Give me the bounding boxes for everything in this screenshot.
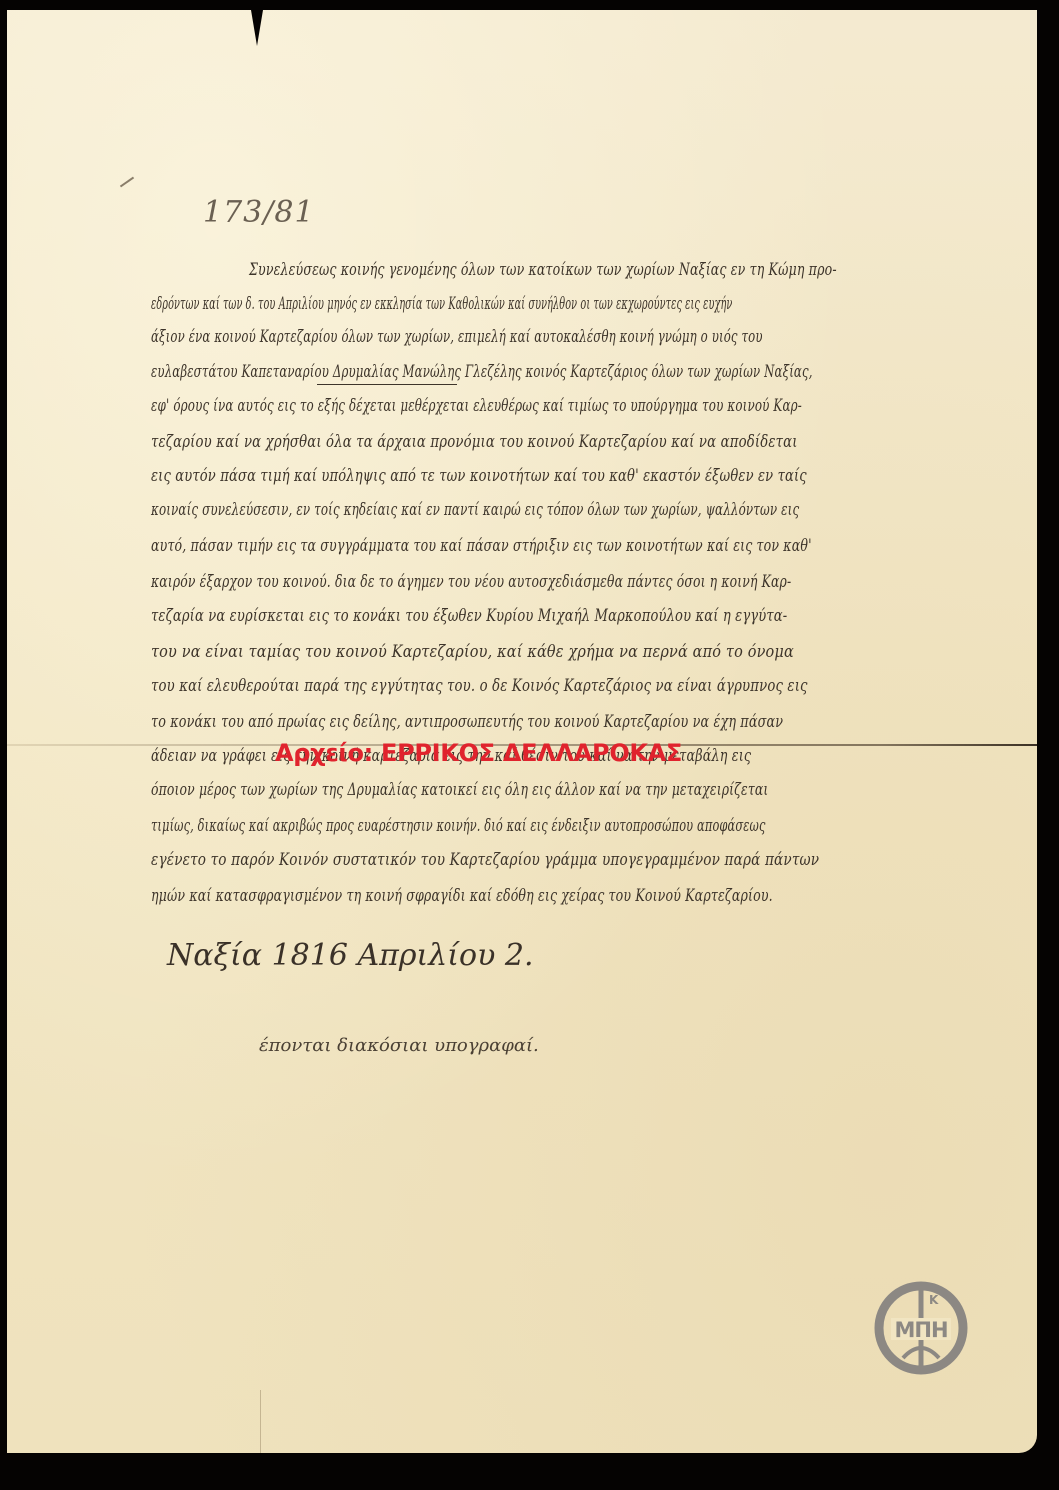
paper-tear bbox=[251, 10, 263, 46]
text-line: ημών καί κατασφραγισμένον τη κοινή σφραγ… bbox=[151, 886, 773, 906]
text-line: ευλαβεστάτου Καπεταναρίου Δρυμαλίας Μανώ… bbox=[151, 362, 813, 382]
text-line: εδρόντων καί των δ. του Απριλίου μηνός ε… bbox=[151, 294, 732, 314]
text-line: όποιον μέρος των χωρίων της Δρυμαλίας κα… bbox=[151, 780, 768, 800]
text-line: τεζαρία να ευρίσκεται εις το κονάκι του … bbox=[151, 606, 787, 626]
text-line: Συνελεύσεως κοινής γενομένης όλων των κα… bbox=[249, 260, 837, 280]
text-line: τεζαρίου καί να χρήσθαι όλα τα άρχαια πρ… bbox=[151, 432, 798, 452]
svg-text:Κ: Κ bbox=[929, 1293, 939, 1307]
text-line: καιρόν έξαρχον του κοινού. δια δε το άγη… bbox=[151, 572, 791, 592]
archive-seal-icon: ΜΠΗ Κ bbox=[873, 1280, 969, 1376]
text-line: του να είναι ταμίας του κοινού Καρτεζαρί… bbox=[151, 642, 794, 662]
vertical-fold-crease bbox=[260, 1390, 261, 1453]
signatures-note: έπονται διακόσιαι υπογραφαί. bbox=[259, 1035, 539, 1056]
name-underline bbox=[317, 384, 457, 385]
archive-watermark: Αρχείο: ΕΡΡΙΚΟΣ ΔΕΛΛΑΡΟΚΑΣ bbox=[275, 739, 682, 767]
text-line: το κονάκι του από πρωίας εις δείλης, αντ… bbox=[151, 712, 783, 732]
text-line: τιμίως, δικαίως καί ακριβώς προς ευαρέστ… bbox=[151, 816, 765, 836]
text-line: του καί ελευθερούται παρά της εγγύτητας … bbox=[151, 676, 808, 696]
text-line: κοιναίς συνελεύσεσιν, εν τοίς κηδείαις κ… bbox=[151, 500, 799, 520]
text-line: εις αυτόν πάσα τιμή καί υπόληψις από τε … bbox=[151, 466, 807, 486]
text-line: εφ' όρους ίνα αυτός εις το εξής δέχεται … bbox=[151, 396, 802, 416]
document-sheet: 173/81 Συνελεύσεως κοινής γενομένης όλων… bbox=[7, 10, 1037, 1453]
text-line: εγένετο το παρόν Κοινόν συστατικόν του Κ… bbox=[151, 850, 819, 870]
text-line: αυτό, πάσαν τιμήν εις τα συγγράμματα του… bbox=[151, 536, 812, 556]
stray-pen-mark bbox=[120, 177, 134, 188]
date-line: Ναξία 1816 Απριλίου 2. bbox=[167, 938, 534, 973]
text-line: άξιον ένα κοινού Καρτεζαρίου όλων των χω… bbox=[151, 327, 763, 347]
reference-number: 173/81 bbox=[203, 195, 315, 230]
svg-text:ΜΠΗ: ΜΠΗ bbox=[894, 1318, 947, 1342]
